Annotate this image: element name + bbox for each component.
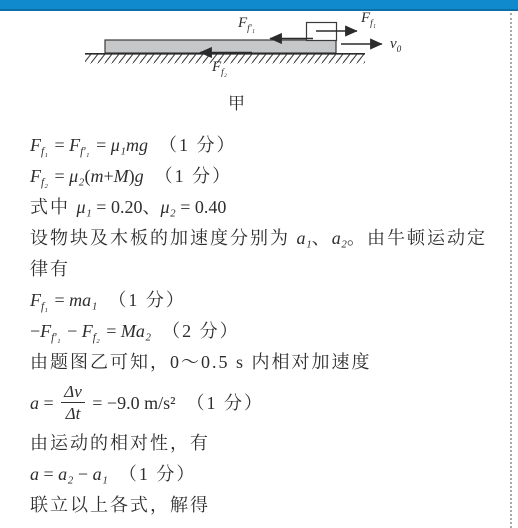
eq-relative-acceleration: a = ΔvΔt = −9.0 m/s² （1 分） [30, 378, 508, 428]
eq-friction-block: Ff₁ = Ff′₁ = μ₁mg （1 分） [30, 130, 508, 161]
board-friction-label: Ff′₁ [238, 15, 257, 34]
line-graph-reading: 由题图乙可知，0～0.5 s 内相对加速度 [30, 347, 508, 378]
line-relativity-text: 由运动的相对性，有 [30, 428, 508, 459]
velocity-label: v0 [390, 36, 403, 55]
eq-acceleration-relation: a = a₂ − a₁ （1 分） [30, 459, 508, 490]
board-rect [105, 40, 336, 53]
line-conclusion-text: 联立以上各式，解得 [30, 490, 508, 521]
diagram-caption: 甲 [228, 89, 246, 114]
line-setup-text: 设物块及木板的加速度分别为 a₁、a₂。由牛顿运动定 [30, 223, 508, 254]
ground-friction-label: Ff₂ [212, 59, 229, 78]
eq-newton-block: Ff₁ = ma₁ （1 分） [30, 285, 508, 316]
block-friction-label: Ff₁ [361, 10, 378, 29]
line-setup-text-cont: 律有 [30, 254, 508, 285]
fraction: ΔvΔt [61, 382, 85, 424]
eq-friction-ground: Ff₂ = μ₂(m+M)g （1 分） [30, 161, 508, 192]
line-mu-values: 式中 μ₁ = 0.20、μ₂ = 0.40 [30, 192, 508, 223]
mechanics-diagram [0, 0, 518, 118]
solution-text-block: Ff₁ = Ff′₁ = μ₁mg （1 分）Ff₂ = μ₂(m+M)g （1… [30, 130, 508, 521]
eq-newton-board: −Ff′₁ − Ff₂ = Ma₂ （2 分） [30, 316, 508, 347]
